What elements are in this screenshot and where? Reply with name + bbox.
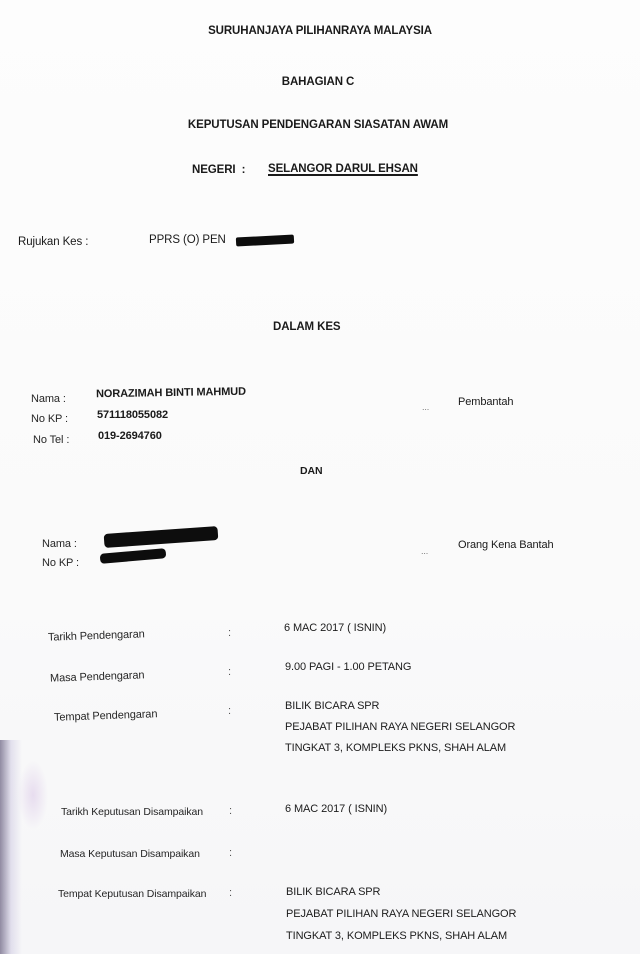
- hearing-place-line-2: PEJABAT PILIHAN RAYA NEGERI SELANGOR: [285, 721, 515, 733]
- case-reference-redaction: [236, 234, 294, 246]
- hearing-time-colon: :: [228, 666, 231, 678]
- decision-place-colon: :: [229, 887, 232, 899]
- respondent-dots: ...: [421, 546, 428, 556]
- decision-date-label: Tarikh Keputusan Disampaikan: [61, 806, 203, 818]
- respondent-ic-redaction: [100, 548, 167, 564]
- objector-ic: 571118055082: [97, 409, 168, 421]
- objector-tel: 019-2694760: [98, 430, 162, 442]
- decision-time-colon: :: [229, 847, 232, 859]
- hearing-date-colon: :: [228, 627, 231, 639]
- respondent-name-label: Nama :: [42, 538, 77, 550]
- respondent-ic-label: No KP :: [42, 557, 79, 569]
- objector-tel-label: No Tel :: [33, 434, 69, 446]
- decision-time-label: Masa Keputusan Disampaikan: [60, 848, 200, 860]
- decision-date: 6 MAC 2017 ( ISNIN): [285, 803, 387, 815]
- objector-dots: ...: [422, 402, 429, 412]
- hearing-time: 9.00 PAGI - 1.00 PETANG: [285, 661, 411, 673]
- hearing-place-line-3: TINGKAT 3, KOMPLEKS PKNS, SHAH ALAM: [285, 742, 506, 754]
- document-title: KEPUTUSAN PENDENGARAN SIASATAN AWAM: [188, 119, 448, 131]
- state-value: SELANGOR DARUL EHSAN: [268, 163, 418, 175]
- decision-place-line-1: BILIK BICARA SPR: [286, 886, 380, 898]
- decision-date-colon: :: [229, 805, 232, 817]
- respondent-name-redaction: [104, 526, 219, 548]
- decision-place-line-2: PEJABAT PILIHAN RAYA NEGERI SELANGOR: [286, 908, 516, 920]
- objector-ic-label: No KP :: [31, 413, 68, 425]
- hearing-place-label: Tempat Pendengaran: [54, 708, 158, 724]
- in-case-heading: DALAM KES: [273, 321, 340, 333]
- organization-title: SURUHANJAYA PILIHANRAYA MALAYSIA: [208, 25, 432, 37]
- decision-place-line-3: TINGKAT 3, KOMPLEKS PKNS, SHAH ALAM: [286, 930, 507, 942]
- case-reference-label: Rujukan Kes :: [18, 236, 88, 248]
- objector-role: Pembantah: [458, 396, 513, 408]
- respondent-role: Orang Kena Bantah: [458, 539, 554, 551]
- hearing-date-label: Tarikh Pendengaran: [48, 628, 145, 643]
- case-reference-value: PPRS (O) PEN: [149, 234, 226, 246]
- page-edge-shadow: [0, 740, 22, 954]
- hearing-time-label: Masa Pendengaran: [50, 669, 145, 684]
- hearing-place-line-1: BILIK BICARA SPR: [285, 700, 379, 712]
- hearing-date: 6 MAC 2017 ( ISNIN): [284, 622, 386, 634]
- document-page: SURUHANJAYA PILIHANRAYA MALAYSIA BAHAGIA…: [0, 0, 640, 954]
- page-edge-tint: [18, 760, 48, 830]
- decision-place-label: Tempat Keputusan Disampaikan: [58, 888, 206, 900]
- objector-name-label: Nama :: [31, 393, 66, 405]
- state-label: NEGERI :: [192, 164, 245, 176]
- section-title: BAHAGIAN C: [282, 76, 354, 88]
- hearing-place-colon: :: [228, 705, 231, 717]
- and-heading: DAN: [300, 465, 322, 477]
- objector-name: NORAZIMAH BINTI MAHMUD: [96, 386, 246, 401]
